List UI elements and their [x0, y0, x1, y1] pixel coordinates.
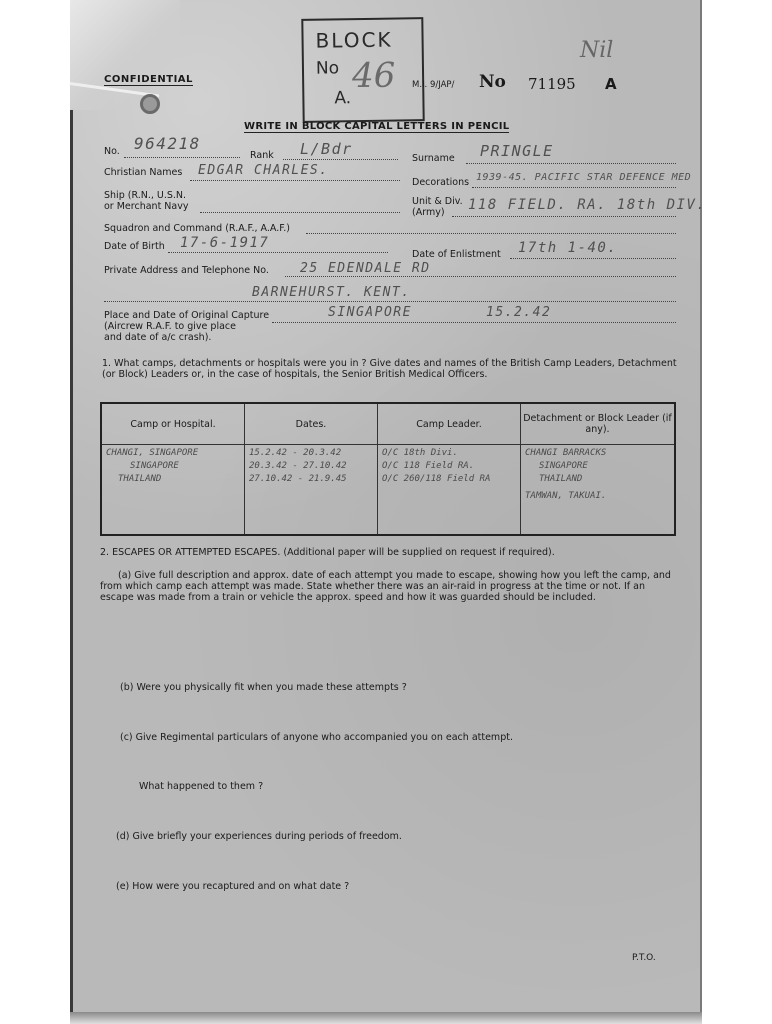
field-rank-line — [283, 159, 398, 160]
table-row-2-dates: 27.10.42 - 21.9.45 — [249, 473, 373, 486]
field-christian-names-line — [190, 180, 400, 181]
col-dates: Dates. — [245, 403, 378, 445]
field-no-label: No. — [104, 146, 120, 157]
field-decorations-label: Decorations — [412, 177, 469, 188]
field-address-line2-value: BARNEHURST. KENT. — [252, 285, 411, 300]
field-enlistment-value: 17th 1-40. — [518, 240, 617, 256]
field-decorations-line — [472, 187, 676, 188]
field-decorations-value: 1939-45. PACIFIC STAR DEFENCE MED — [476, 172, 691, 183]
field-surname-label: Surname — [412, 153, 455, 164]
camps-cell-leader: O/C 18th Divi. O/C 118 Field RA. O/C 260… — [378, 445, 521, 536]
instruction-heading: WRITE IN BLOCK CAPITAL LETTERS IN PENCIL — [244, 121, 509, 133]
question-2b: (b) Were you physically fit when you mad… — [120, 682, 407, 693]
field-ship-label-1: Ship (R.N., U.S.N. — [104, 190, 186, 201]
col-camp-leader: Camp Leader. — [378, 403, 521, 445]
field-capture-line — [272, 322, 676, 323]
field-rank-value: L/Bdr — [300, 140, 353, 158]
question-1-text: 1. What camps, detachments or hospitals … — [102, 358, 678, 380]
col-detachment-leader: Detachment or Block Leader (if any). — [521, 403, 676, 445]
question-2a: (a) Give full description and approx. da… — [100, 570, 680, 603]
table-row-0-dates: 15.2.42 - 20.3.42 — [249, 447, 373, 460]
col-camp-or-hospital: Camp or Hospital. — [101, 403, 245, 445]
table-row-0-leader: O/C 18th Divi. — [382, 447, 516, 460]
field-rank-label: Rank — [250, 150, 274, 161]
serial-number: 71195 — [528, 75, 576, 93]
stamp-line-a: A. — [334, 88, 351, 108]
table-row-1-leader: O/C 118 Field RA. — [382, 460, 516, 473]
question-2-heading: 2. ESCAPES OR ATTEMPTED ESCAPES. (Additi… — [100, 547, 680, 558]
table-row-1-detachment: SINGAPORE — [525, 460, 670, 473]
table-row-0-detachment: CHANGI BARRACKS — [525, 447, 670, 460]
camps-table: Camp or Hospital. Dates. Camp Leader. De… — [100, 402, 676, 536]
field-christian-names-label: Christian Names — [104, 167, 182, 178]
stamp-line-no: No — [316, 58, 339, 78]
page-bottom-edge — [70, 1012, 702, 1024]
field-no-line — [124, 157, 240, 158]
table-row-0-camp: CHANGI, SINGAPORE — [106, 447, 240, 460]
field-capture-place: SINGAPORE — [328, 305, 412, 320]
field-dob-value: 17-6-1917 — [180, 235, 269, 251]
question-2d: (d) Give briefly your experiences during… — [116, 831, 402, 842]
stamp-handwritten-number: 46 — [352, 56, 396, 97]
camps-cell-detachment: CHANGI BARRACKS SINGAPORE THAILAND TAMWA… — [521, 445, 676, 536]
field-no-value: 964218 — [134, 134, 201, 153]
field-unit-line — [452, 216, 676, 217]
field-squadron-label: Squadron and Command (R.A.F., A.A.F.) — [104, 223, 290, 234]
field-capture-label-2: (Aircrew R.A.F. to give place — [104, 321, 236, 332]
field-squadron-line — [306, 233, 676, 234]
field-dob-line — [168, 252, 388, 253]
question-2c: (c) Give Regimental particulars of anyon… — [120, 732, 513, 743]
field-address-line-2 — [104, 301, 676, 302]
table-row-2-leader: O/C 260/118 Field RA — [382, 473, 516, 486]
handwritten-nil-annotation: Nil — [580, 38, 613, 63]
field-ship-line — [200, 212, 400, 213]
table-row-1-camp: SINGAPORE — [106, 460, 240, 473]
field-surname-value: PRINGLE — [480, 142, 554, 160]
question-2c-followup: What happened to them ? — [139, 781, 263, 792]
form-reference: M.I. 9/JAP/ — [412, 80, 454, 90]
serial-suffix: A — [605, 75, 617, 93]
pto-label: P.T.O. — [632, 953, 656, 963]
question-2e: (e) How were you recaptured and on what … — [116, 881, 349, 892]
field-address-label: Private Address and Telephone No. — [104, 265, 269, 276]
field-unit-label-2: (Army) — [412, 207, 445, 218]
block-stamp: BLOCK No A. 46 — [301, 17, 424, 123]
field-capture-label-1: Place and Date of Original Capture — [104, 310, 269, 321]
field-christian-names-value: EDGAR CHARLES. — [198, 163, 329, 178]
field-address-line1-value: 25 EDENDALE RD — [300, 261, 431, 276]
table-row-2-camp: THAILAND — [106, 473, 240, 486]
field-capture-date: 15.2.42 — [486, 305, 551, 320]
field-surname-line — [466, 163, 676, 164]
field-unit-label-1: Unit & Div. — [412, 196, 463, 207]
field-unit-value: 118 FIELD. RA. 18th DIV. — [468, 197, 706, 213]
punch-hole-grommet — [140, 94, 160, 114]
stamp-line-block: BLOCK — [315, 28, 392, 53]
table-row-3-detachment: TAMWAN, TAKUAI. — [525, 490, 670, 503]
field-address-line-1 — [285, 276, 676, 277]
field-dob-label: Date of Birth — [104, 241, 165, 252]
camps-cell-camp: CHANGI, SINGAPORE SINGAPORE THAILAND — [101, 445, 245, 536]
table-row-2-detachment: THAILAND — [525, 473, 670, 486]
table-row-1-dates: 20.3.42 - 27.10.42 — [249, 460, 373, 473]
field-enlistment-line — [510, 258, 676, 259]
field-enlistment-label: Date of Enlistment — [412, 249, 501, 260]
field-ship-label-2: or Merchant Navy — [104, 201, 188, 212]
field-capture-label-3: and date of a/c crash). — [104, 332, 211, 343]
number-mark: No — [479, 72, 506, 92]
camps-cell-dates: 15.2.42 - 20.3.42 20.3.42 - 27.10.42 27.… — [245, 445, 378, 536]
classification-label: CONFIDENTIAL — [104, 74, 193, 86]
